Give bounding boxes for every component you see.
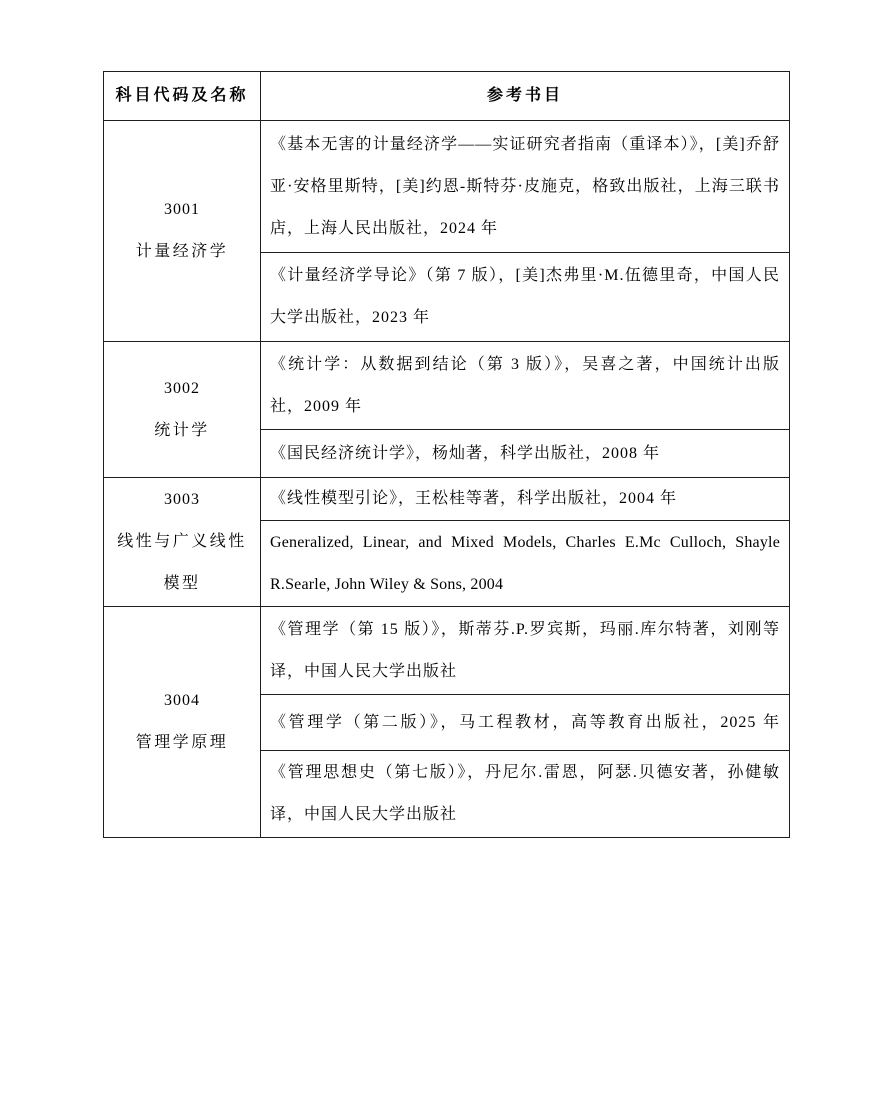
table-row: 3003 线性与广义线性 模型 《线性模型引论》，王松桂等著，科学出版社，200… <box>104 478 790 521</box>
table-header-row: 科目代码及名称 参考书目 <box>104 72 790 121</box>
book-entry: 《基本无害的计量经济学——实证研究者指南（重译本）》，[美]乔舒亚·安格里斯特，… <box>261 121 790 253</box>
book-entry: 《国民经济统计学》，杨灿著，科学出版社，2008 年 <box>261 430 790 478</box>
book-entry: 《线性模型引论》，王松桂等著，科学出版社，2004 年 <box>261 478 790 521</box>
table-row: 3002 统计学 《统计学：从数据到结论（第 3 版）》，吴喜之著，中国统计出版… <box>104 342 790 430</box>
book-entry: 《计量经济学导论》（第 7 版），[美]杰弗里·M.伍德里奇，中国人民大学出版社… <box>261 253 790 342</box>
subject-name: 统计学 <box>105 410 259 452</box>
subject-name: 线性与广义线性 模型 <box>105 521 259 605</box>
subject-cell-3003: 3003 线性与广义线性 模型 <box>104 478 261 607</box>
table-row: 3001 计量经济学 《基本无害的计量经济学——实证研究者指南（重译本）》，[美… <box>104 121 790 253</box>
reference-books-header-cell: 参考书目 <box>261 72 790 121</box>
subject-name: 管理学原理 <box>105 722 259 764</box>
subject-code: 3002 <box>105 368 259 410</box>
subject-code: 3004 <box>105 680 259 722</box>
subject-code-header-cell: 科目代码及名称 <box>104 72 261 121</box>
subject-cell-3001: 3001 计量经济学 <box>104 121 261 342</box>
document-page: 科目代码及名称 参考书目 3001 计量经济学 《基本无害的计量经济学——实证研… <box>0 0 890 1102</box>
book-entry: 《管理学（第二版）》，马工程教材，高等教育出版社，2025 年 <box>261 695 790 751</box>
subject-code: 3003 <box>105 479 259 521</box>
book-entry: Generalized, Linear, and Mixed Models, C… <box>261 521 790 607</box>
subject-name: 计量经济学 <box>105 231 259 273</box>
book-entry: 《统计学：从数据到结论（第 3 版）》，吴喜之著，中国统计出版社，2009 年 <box>261 342 790 430</box>
book-entry: 《管理学（第 15 版）》，斯蒂芬.P.罗宾斯，玛丽.库尔特著，刘刚等译，中国人… <box>261 607 790 695</box>
subject-code: 3001 <box>105 189 259 231</box>
subject-cell-3002: 3002 统计学 <box>104 342 261 478</box>
reference-books-table: 科目代码及名称 参考书目 3001 计量经济学 《基本无害的计量经济学——实证研… <box>103 71 790 838</box>
table-row: 3004 管理学原理 《管理学（第 15 版）》，斯蒂芬.P.罗宾斯，玛丽.库尔… <box>104 607 790 695</box>
subject-cell-3004: 3004 管理学原理 <box>104 607 261 838</box>
book-entry: 《管理思想史（第七版）》，丹尼尔.雷恩，阿瑟.贝德安著，孙健敏译，中国人民大学出… <box>261 751 790 838</box>
